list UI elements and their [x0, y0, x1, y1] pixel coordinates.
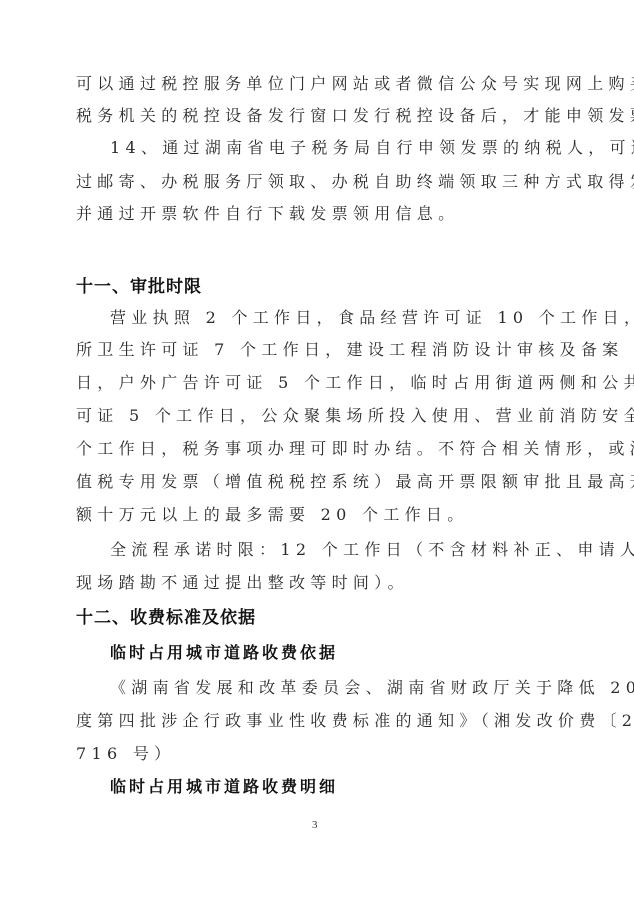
text-line: 日，户外广告许可证 5 个工作日，临时占用街道两侧和公共场地许 [76, 373, 562, 393]
text-line: 营业执照 2 个工作日，食品经营许可证 10 个工作日，公共场 [110, 308, 562, 328]
text-line: 过邮寄、办税服务厅领取、办税自助终端领取三种方式取得发票， [76, 172, 562, 192]
subheading-fee-details: 临时占用城市道路收费明细 [110, 776, 338, 798]
section-heading-approval-time-limit: 十一、审批时限 [76, 276, 202, 298]
text-line: 度第四批涉企行政事业性收费标准的通知》（湘发改价费〔2016〕 [76, 711, 562, 731]
text-line: 个工作日，税务事项办理可即时办结。不符合相关情形，或涉及增 [76, 439, 562, 459]
text-line: 可证 5 个工作日，公众聚集场所投入使用、营业前消防安全检查 8 [76, 406, 562, 426]
text-line: 所卫生许可证 7 个工作日，建设工程消防设计审核及备案 7 个工作 [76, 340, 562, 360]
text-line: 税务机关的税控设备发行窗口发行税控设备后，才能申领发票。 [76, 106, 562, 126]
document-page: 可以通过税控服务单位门户网站或者微信公众号实现网上购买。在 税务机关的税控设备发… [0, 0, 634, 898]
text-line: 14、通过湖南省电子税务局自行申领发票的纳税人，可选择通 [110, 138, 562, 158]
section-heading-fee-standards: 十二、收费标准及依据 [76, 607, 256, 629]
subheading-fee-basis: 临时占用城市道路收费依据 [110, 642, 338, 664]
text-line: 可以通过税控服务单位门户网站或者微信公众号实现网上购买。在 [76, 74, 562, 94]
text-line: 全流程承诺时限：12 个工作日（不含材料补正、申请人装修、 [110, 540, 562, 560]
text-line: 额十万元以上的最多需要 20 个工作日。 [76, 505, 562, 525]
text-line: 《湖南省发展和改革委员会、湖南省财政厅关于降低 2016 年 [110, 678, 562, 698]
page-number: 3 [312, 819, 318, 831]
text-line: 值税专用发票（增值税税控系统）最高开票限额审批且最高开票限 [76, 472, 562, 492]
text-line: 716 号） [76, 744, 562, 764]
text-line: 并通过开票软件自行下载发票领用信息。 [76, 204, 562, 224]
text-line: 现场踏勘不通过提出整改等时间）。 [76, 573, 562, 593]
